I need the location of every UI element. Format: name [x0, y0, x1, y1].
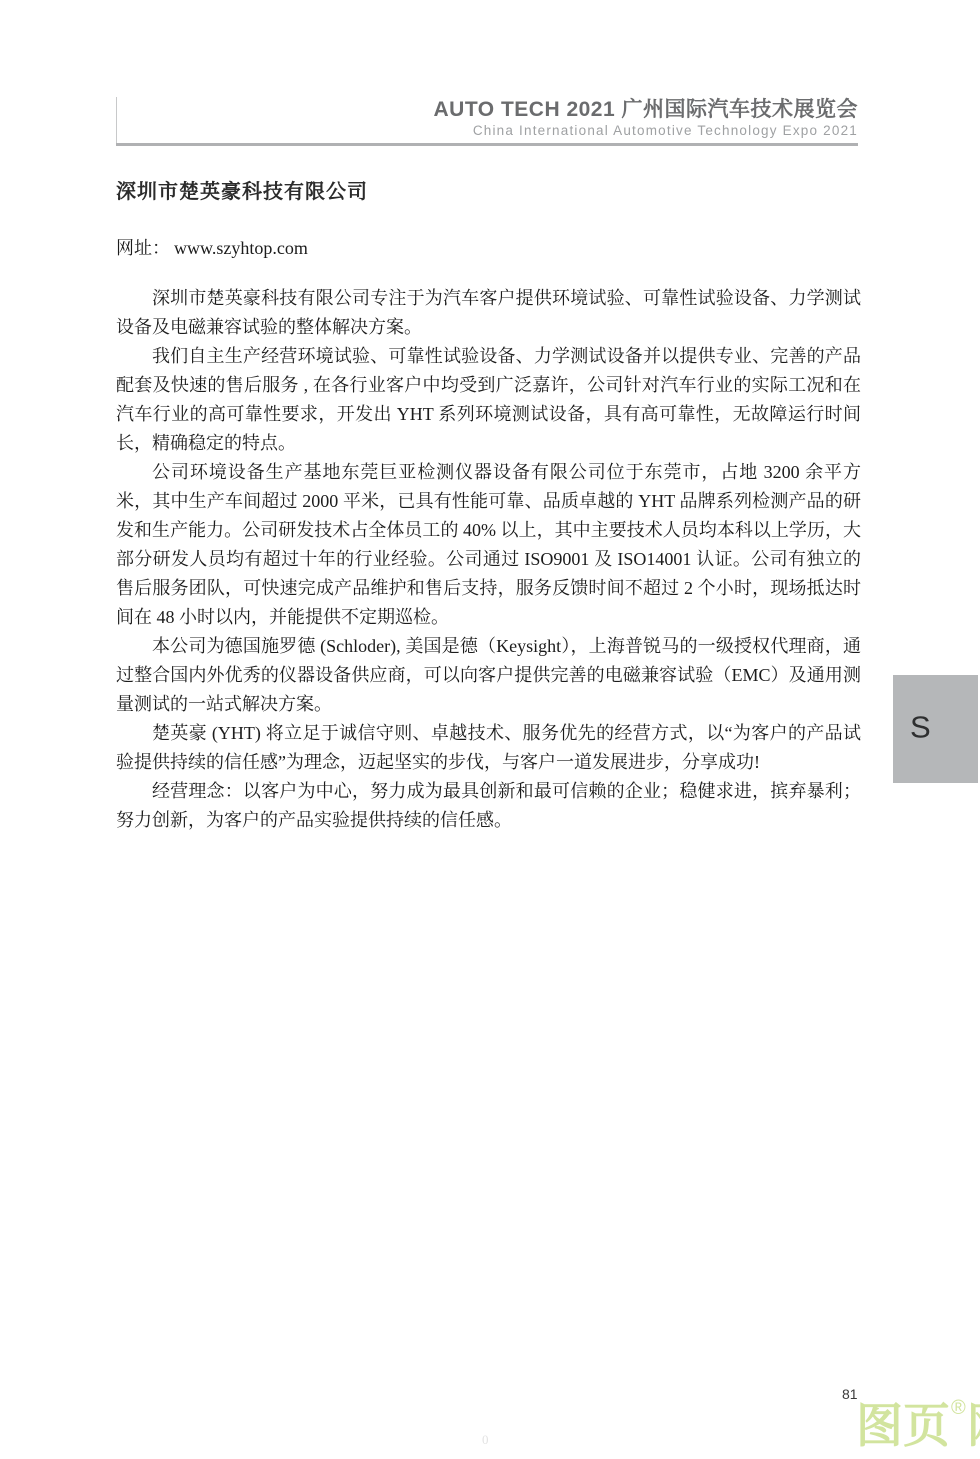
profile-paragraph: 我们自主生产经营环境试验、可靠性试验设备、力学测试设备并以提供专业、完善的产品配… [116, 342, 861, 458]
company-profile-text: 深圳市楚英豪科技有限公司专注于为汽车客户提供环境试验、可靠性试验设备、力学测试设… [116, 284, 861, 835]
website-label: 网址： [116, 238, 170, 258]
profile-paragraph: 本公司为德国施罗德 (Schloder), 美国是德（Keysight），上海普… [116, 632, 861, 719]
watermark-text-right: 网 [967, 1399, 980, 1452]
document-page: AUTO TECH 2021 广州国际汽车技术展览会 China Interna… [0, 0, 980, 1459]
profile-paragraph: 公司环境设备生产基地东莞巨亚检测仪器设备有限公司位于东莞市，占地 3200 余平… [116, 458, 861, 632]
section-index-tab: S [893, 675, 978, 783]
expo-subtitle: China International Automotive Technolog… [116, 122, 858, 139]
registered-trademark-icon: ® [951, 1398, 966, 1418]
header-rule [116, 143, 858, 146]
website-line: 网址：www.szyhtop.com [116, 234, 308, 260]
profile-paragraph: 楚英豪 (YHT) 将立足于诚信守则、卓越技术、服务优先的经营方式，以“为客户的… [116, 719, 861, 777]
section-index-letter: S [910, 710, 931, 746]
watermark-text-left: 图页 [856, 1399, 950, 1452]
expo-title: AUTO TECH 2021 广州国际汽车技术展览会 [116, 98, 858, 122]
company-name-heading: 深圳市楚英豪科技有限公司 [116, 175, 368, 204]
watermark-logo: 图页®网 [856, 1398, 980, 1449]
profile-paragraph: 经营理念：以客户为中心，努力成为最具创新和最可信赖的企业；稳健求进，摈弃暴利；努… [116, 777, 861, 835]
page-header: AUTO TECH 2021 广州国际汽车技术展览会 China Interna… [116, 98, 858, 139]
website-url: www.szyhtop.com [174, 238, 308, 258]
profile-paragraph: 深圳市楚英豪科技有限公司专注于为汽车客户提供环境试验、可靠性试验设备、力学测试设… [116, 284, 861, 342]
faint-print-mark: 0 [482, 1432, 489, 1448]
